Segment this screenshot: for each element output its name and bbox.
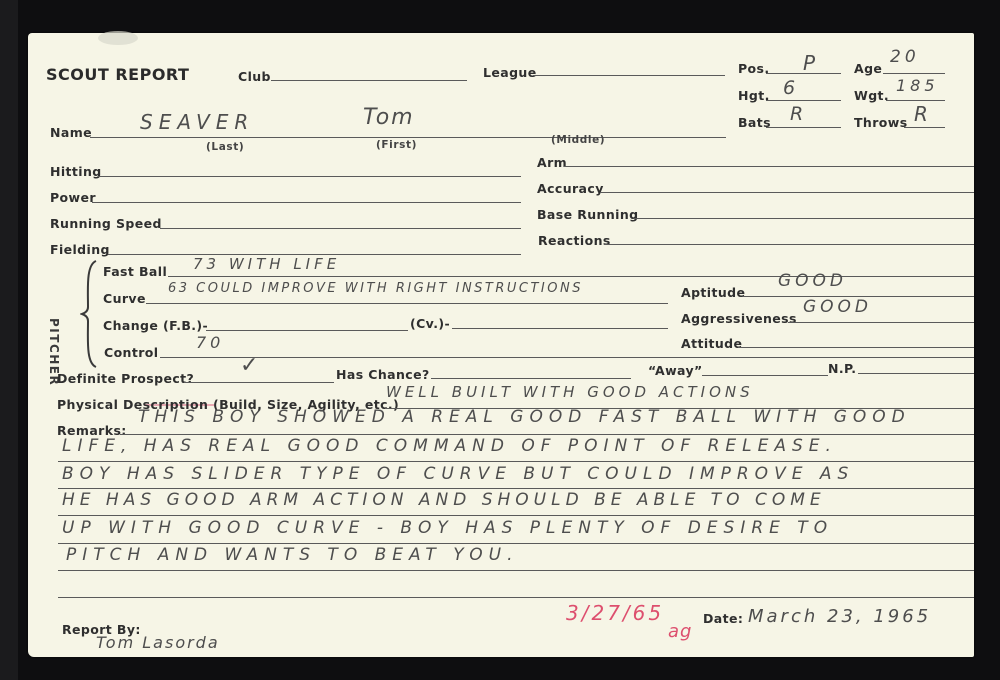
age-value: 20 (890, 47, 920, 67)
definite-prospect-field[interactable] (184, 382, 334, 383)
first-name-value: Tom (363, 105, 415, 130)
pos-label: Pos. (738, 61, 770, 76)
fast-ball-label: Fast Ball (103, 264, 167, 279)
age-field[interactable] (883, 73, 945, 74)
control-label: Control (104, 345, 158, 360)
aptitude-value: Good (778, 271, 847, 291)
name-field[interactable] (90, 137, 726, 138)
paper-scuff (98, 31, 138, 45)
definite-prospect-check: ✓ (240, 353, 262, 378)
base-running-label: Base Running (537, 207, 639, 222)
curve-label: Curve (103, 291, 146, 306)
league-field[interactable] (533, 75, 725, 76)
pitcher-brace (80, 259, 100, 369)
remarks-line-6[interactable] (58, 570, 974, 571)
accuracy-field[interactable] (600, 192, 974, 193)
club-label: Club (238, 69, 271, 84)
change-cv-label: (Cv.)- (410, 316, 450, 331)
remarks-text-2: life, has real good command of point of … (62, 436, 837, 456)
league-label: League (483, 65, 537, 80)
bats-field[interactable] (766, 127, 841, 128)
last-name-value: Seaver (140, 110, 254, 134)
pos-value: P (803, 51, 819, 75)
throws-label: Throws (854, 115, 908, 130)
last-sublabel: (Last) (206, 141, 244, 153)
date-value: March 23, 1965 (748, 606, 931, 627)
accuracy-label: Accuracy (537, 181, 604, 196)
fast-ball-value: 73 with life (193, 255, 340, 273)
remarks-line-3[interactable] (58, 488, 974, 489)
hitting-field[interactable] (98, 176, 521, 177)
name-label: Name (50, 125, 92, 140)
remarks-text-4: he has good arm action and should be abl… (62, 490, 826, 510)
remarks-text-1: This boy showed a real good fast ball wi… (138, 407, 911, 427)
running-speed-field[interactable] (160, 228, 521, 229)
throws-field[interactable] (904, 127, 945, 128)
remarks-line-5[interactable] (58, 543, 974, 544)
hgt-label: Hgt. (738, 88, 770, 103)
base-running-field[interactable] (634, 218, 974, 219)
change-fb-label: Change (F.B.)- (103, 318, 208, 333)
remarks-text-3: Boy has slider type of curve but could i… (62, 464, 854, 484)
middle-sublabel: (Middle) (551, 134, 605, 146)
date-label: Date: (703, 611, 743, 626)
arm-field[interactable] (564, 166, 974, 167)
bats-value: R (790, 103, 807, 125)
red-date-annotation: 3/27/65 (566, 601, 664, 625)
has-chance-label: Has Chance? (336, 367, 430, 382)
report-by-value: Tom Lasorda (96, 633, 220, 652)
first-sublabel: (First) (376, 139, 417, 151)
control-value: 70 (196, 333, 224, 352)
hgt-value: 6 (783, 77, 799, 99)
arm-label: Arm (537, 155, 567, 170)
aggressiveness-label: Aggressiveness (681, 311, 797, 326)
wgt-label: Wgt. (854, 88, 889, 103)
curve-value: 63 could improve with right instructions (168, 281, 583, 296)
aggressiveness-field[interactable] (788, 322, 974, 323)
club-field[interactable] (271, 80, 467, 81)
power-label: Power (50, 190, 96, 205)
red-initials-annotation: ag (668, 621, 692, 642)
background-edge (0, 0, 18, 680)
remarks-line-1[interactable] (120, 434, 974, 435)
has-chance-field[interactable] (431, 378, 631, 379)
power-field[interactable] (92, 202, 521, 203)
running-speed-label: Running Speed (50, 216, 162, 231)
fast-ball-field[interactable] (168, 276, 974, 277)
attitude-label: Attitude (681, 336, 742, 351)
reactions-label: Reactions (538, 233, 611, 248)
remarks-text-6: pitch and wants to beat you. (66, 545, 519, 565)
change-fb-field[interactable] (206, 330, 408, 331)
wgt-value: 185 (896, 76, 939, 95)
aptitude-label: Aptitude (681, 285, 745, 300)
away-label: “Away” (648, 363, 703, 378)
control-field[interactable] (160, 357, 974, 358)
definite-prospect-label: Definite Prospect? (57, 371, 194, 386)
age-label: Age (854, 61, 882, 76)
throws-value: R (914, 102, 932, 126)
form-title: SCOUT REPORT (46, 65, 189, 84)
remarks-line-7[interactable] (58, 597, 974, 598)
physical-description-value: Well built with good actions (386, 383, 754, 401)
wgt-field[interactable] (886, 100, 945, 101)
scout-report-card: SCOUT REPORT Club League Pos. P Age 20 H… (28, 33, 974, 657)
attitude-field[interactable] (738, 347, 974, 348)
reactions-field[interactable] (604, 244, 974, 245)
change-cv-field[interactable] (452, 328, 668, 329)
np-label: N.P. (828, 361, 856, 376)
hitting-label: Hitting (50, 164, 102, 179)
remarks-line-4[interactable] (58, 515, 974, 516)
hgt-field[interactable] (766, 100, 841, 101)
remarks-line-2[interactable] (58, 461, 974, 462)
fielding-label: Fielding (50, 242, 110, 257)
aggressiveness-value: Good (803, 297, 872, 317)
away-field[interactable] (702, 375, 828, 376)
remarks-text-5: up with good curve - Boy has plenty of d… (62, 518, 833, 538)
np-field[interactable] (858, 373, 974, 374)
curve-field[interactable] (146, 303, 668, 304)
